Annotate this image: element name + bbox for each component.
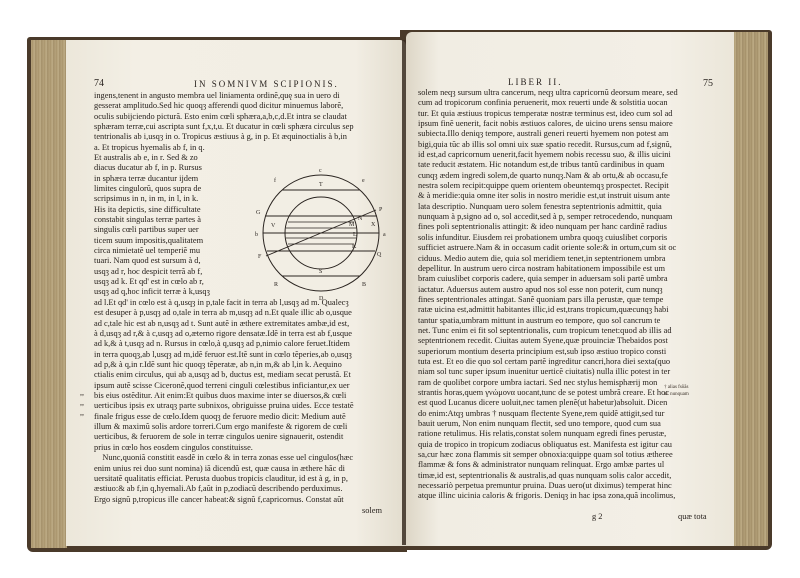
- text-line: ipsum autẽ scisse Ciceronẽ,quod terreni …: [94, 381, 396, 391]
- diagram-label: T: [319, 182, 323, 188]
- text-line: Et australis ab e, in r. Sed & zo: [94, 153, 240, 163]
- text-line: iactatur. Aduersus autem austro apud nos…: [418, 285, 718, 295]
- diagram-label: D: [319, 296, 324, 302]
- text-line: in terra quoqȝ,ab l,usqȝ ad m,idẽ feruor…: [94, 350, 396, 360]
- diagram-label: R: [274, 282, 278, 288]
- open-book-photo: 74 IN SOMNIVM SCIPIONIS. ingens,tenent i…: [0, 0, 800, 578]
- diagram-label: V: [271, 223, 276, 229]
- text-line: ctialis enim circulus, qui ab a,usqȝ ad …: [94, 370, 396, 380]
- text-line: circa nimietatẽ uel temperiẽ mu: [94, 246, 240, 256]
- text-line: quia de tropico in tropicum zodiacus obl…: [418, 440, 718, 450]
- text-line: subiecta.Illo deniqȝ tempore, australi g…: [418, 129, 718, 139]
- signature-mark: g 2: [592, 512, 602, 521]
- text-line: lata descriptio. Nunquam uero solem fene…: [418, 202, 718, 212]
- text-line: ciduus. Medio autem die, quia sol meridi…: [418, 254, 718, 264]
- text-line: prius in cœlo hos eosdem cingulos consti…: [94, 443, 396, 453]
- text-line: His ita depictis, sine difficultate: [94, 205, 240, 215]
- text-line: limites cingulorũ, quos supra de: [94, 184, 240, 194]
- diagram-label: N: [358, 216, 363, 222]
- right-text-block: solem neqȝ sursum ultra cancerum, neqȝ u…: [418, 88, 718, 502]
- text-line: gesserat amplitudo.Sed hic quoqȝ afferen…: [94, 101, 396, 111]
- text-line: singulis cœli partibus super uer: [94, 225, 240, 235]
- text-line: usqȝ ad r, hoc despicit terrã ab f,: [94, 267, 240, 277]
- text-line: æstiuo:& ab f,in q,hyemali.Ab f,aũt in p…: [94, 484, 396, 494]
- text-line: & à meridie:quia omne iter solis in nost…: [418, 191, 718, 201]
- left-text-block-1: ingens,tenent in angusto membra uel lini…: [94, 91, 396, 153]
- text-line: fines septentrionales attingat. Sanẽ quo…: [418, 295, 718, 305]
- text-line: nestra solem recipit:quippe quem oriente…: [418, 181, 718, 191]
- text-line: diacus ducatur ab f, in p. Rursus: [94, 163, 240, 173]
- text-line: ticem suum impositis,qualitatem: [94, 236, 240, 246]
- text-line: tuta est. Et eo die quo sol certam partẽ…: [418, 357, 718, 367]
- text-line: in sphæra terræ ducantur ijdem: [94, 174, 240, 184]
- quote-marker: ,,: [80, 398, 84, 407]
- text-line: do enim:Atqȝ umbras † nusquam flectente …: [418, 409, 718, 419]
- left-folio: 74: [94, 78, 104, 89]
- text-line: niam sol tunc super ipsum inuenitur uert…: [418, 367, 718, 377]
- margin-annotation: † alias fsõãs al. nunquam: [664, 384, 689, 398]
- text-line: superiorum montium deserta principium es…: [418, 347, 718, 357]
- text-line: septentrionem recedit. Ciuitas autem Sye…: [418, 336, 718, 346]
- right-running-head: LIBER II.: [508, 77, 563, 87]
- text-line: cum ad tropicorum confinia peruenerit, m…: [418, 98, 718, 108]
- text-line: bauit uerum, Non enim nunquam flectit, s…: [418, 419, 718, 429]
- text-line: Nunc,quoniã constitit easdẽ in cœlo & in…: [94, 453, 396, 463]
- text-line: atque illinc uicinia caloris & frigoris.…: [418, 491, 718, 501]
- diagram-label: S: [319, 269, 322, 275]
- quote-marker: ,,: [80, 408, 84, 417]
- text-line: tur. Et quia æstiuus tropicus temperatæ …: [418, 109, 718, 119]
- text-line: net. Tunc enim ei fit sol septentrionali…: [418, 326, 718, 336]
- quote-marker: ,,: [80, 388, 84, 397]
- page-edges-left: [31, 40, 67, 548]
- text-line: est quod Lucanus dicere uoluit,nec tamen…: [418, 398, 718, 408]
- text-line: tuari. Nam quod est sursum à d,: [94, 256, 240, 266]
- text-line: necessariò perpetua premuntur pruina. Du…: [418, 481, 718, 491]
- text-line: a. Et tropicus hyemalis ab f, in q.: [94, 143, 396, 153]
- text-line: à d,usqȝ ad r,& à c,usqȝ ad o,æterno rig…: [94, 329, 396, 339]
- text-line: ratæ uicina est,admittit habitantes illi…: [418, 305, 718, 315]
- text-line: bis eius ostẽditur. Ait enim:Et quibus d…: [94, 391, 396, 401]
- page-edges-right: [732, 32, 768, 546]
- diagram-label: G: [256, 210, 261, 216]
- text-line: solis infunditur. Eiusdem rei probatione…: [418, 233, 718, 243]
- text-line: oculis subijciendo picturã. Esto enim cœ…: [94, 112, 396, 122]
- diagram-label: K: [352, 244, 357, 250]
- text-line: timæ,id est, septentrionalis & australis…: [418, 471, 718, 481]
- diagram-label: M: [349, 222, 355, 228]
- text-line: uersitatẽ qualitatis efficiat. Perusta d…: [94, 474, 396, 484]
- text-line: uerticibus ipsis ex utraqȝ parte subnixo…: [94, 401, 396, 411]
- text-line: tate reducit æstatem. Hic notandum est,d…: [418, 160, 718, 170]
- diagram-label: F: [258, 254, 262, 260]
- diagram-label: b: [255, 232, 258, 238]
- text-line: est desuper à p,usqȝ ad o,tale in terra …: [94, 308, 396, 318]
- text-line: bram cuiuslibet corporis cadere, quia se…: [418, 274, 718, 284]
- text-line: bigi,quia tũc ab illis sol omni uix suæ …: [418, 140, 718, 150]
- margin-note-line: † alias fsõãs: [664, 384, 689, 391]
- text-line: ad k,& à t,usqȝ ad n. Rursus in cœlo,à q…: [94, 339, 396, 349]
- text-line: tantur spatia,umbram mittunt in austrum …: [418, 316, 718, 326]
- text-line: id est,ad capricornum uenerit,facit hyem…: [418, 150, 718, 160]
- text-line: finale frigus esse de cœlo.Idem quoqȝ de…: [94, 412, 396, 422]
- right-page: LIBER II. 75 solem neqȝ sursum ultra can…: [406, 32, 734, 546]
- text-line: ipsum finẽ uenerit, facit nobis æstiuos …: [418, 119, 718, 129]
- text-line: ratione retulimus. His relatis,constat s…: [418, 429, 718, 439]
- diagram-label: Q: [377, 252, 382, 258]
- left-catchword: solem: [362, 506, 382, 515]
- text-line: constabit singulas terræ partes à: [94, 215, 240, 225]
- celestial-zones-diagram: c f e T G P V N M X b a L K F Q S R B D: [246, 166, 396, 304]
- diagram-label: e: [362, 178, 365, 184]
- text-line: uerticibus, & feruorem de sole in terræ …: [94, 432, 396, 442]
- diagram-label: c: [319, 168, 322, 174]
- text-line: illum & maximũ solis ardore torreri.Cum …: [94, 422, 396, 432]
- text-line: solem neqȝ sursum ultra cancerum, neqȝ u…: [418, 88, 718, 98]
- diagram-label: B: [362, 282, 366, 288]
- diagram-label: X: [371, 222, 376, 228]
- left-running-head: IN SOMNIVM SCIPIONIS.: [194, 79, 339, 89]
- left-text-block-2: ad l.Et qd' in cœlo est à q,usqȝ in p,ta…: [94, 298, 396, 505]
- text-line: nunquam à p,signo ad o, sol accedit,sed …: [418, 212, 718, 222]
- text-line: scripsimus in n, in m, in l, in k.: [94, 194, 240, 204]
- diagram-label: f: [274, 177, 276, 184]
- diagram-label: P: [379, 207, 383, 213]
- text-line: ad p,& à q,in r.Idẽ sunt hic quoqȝ tẽper…: [94, 360, 396, 370]
- text-line: ad c,tale hic est ab n,usqȝ ad t. Sunt a…: [94, 319, 396, 329]
- text-line: flammæ & fons & administrator nunquam re…: [418, 460, 718, 470]
- text-line: cunqȝ ædem ingredi solem,de quarto nunqȝ…: [418, 171, 718, 181]
- left-text-narrow-column: Et australis ab e, in r. Sed & zo diacus…: [94, 153, 240, 298]
- text-line: enim unius rei duo sunt nomina) iã dicen…: [94, 464, 396, 474]
- right-catchword: quæ tota: [678, 512, 707, 521]
- text-line: sa,cur hæc zona flammis sit semper obnox…: [418, 450, 718, 460]
- diagram-label: L: [353, 232, 357, 238]
- text-line: sufficiet astruere.Nam & in occasum cadi…: [418, 243, 718, 253]
- text-line: ingens,tenent in angusto membra uel lini…: [94, 91, 396, 101]
- text-line: Ergo signũ p,tropicus ille cancer habeat…: [94, 495, 396, 505]
- margin-note-line: al. nunquam: [664, 391, 689, 398]
- text-line: depellitur. In austrum uero circa nostra…: [418, 264, 718, 274]
- text-line: tentrionalis ab i,usqȝ in o. Tropicus æs…: [94, 132, 396, 142]
- text-line: fines poli septentrionalis attingit: & i…: [418, 222, 718, 232]
- text-line: usqȝ ad k. Et qd' est in cœlo ab r,: [94, 277, 240, 287]
- diagram-label: a: [383, 232, 386, 238]
- text-line: sphæram terræ,cui ascripta sunt f,x,t,u.…: [94, 122, 396, 132]
- text-line: usqȝ ad q,hoc inficit terræ à k,usqȝ: [94, 287, 240, 297]
